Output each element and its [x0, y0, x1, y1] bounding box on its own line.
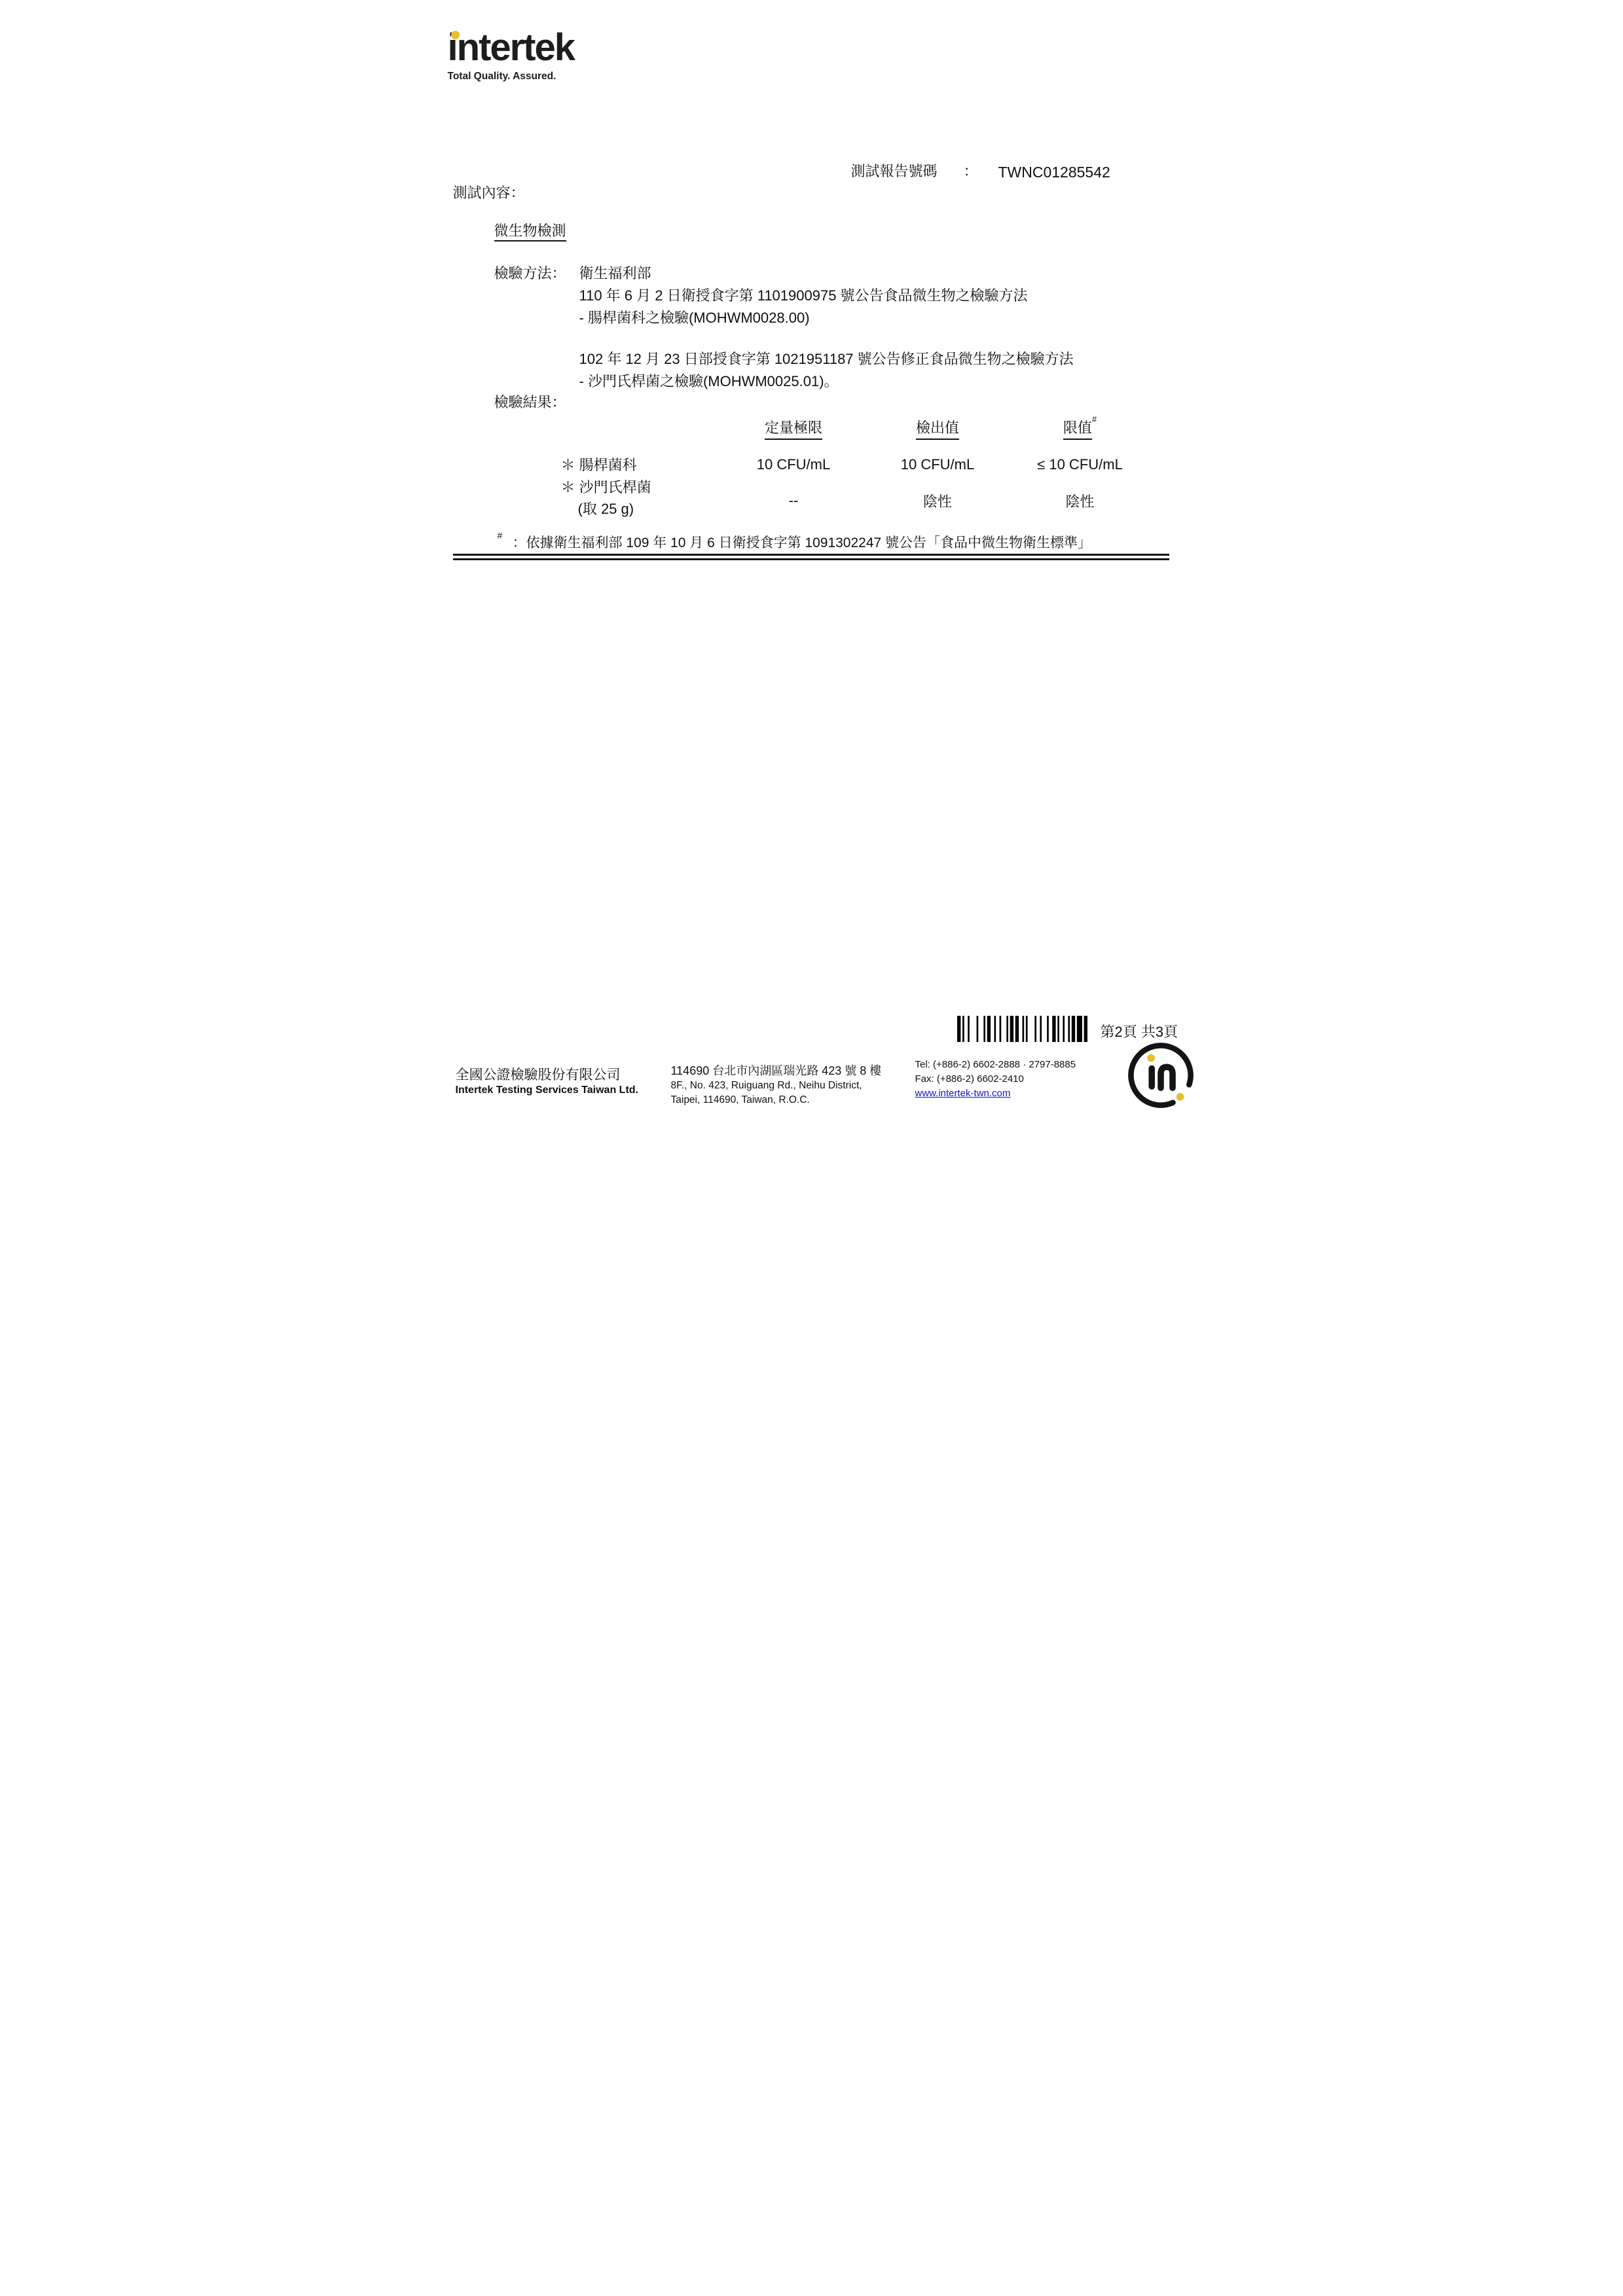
barcode-bars: [957, 1016, 1087, 1042]
table-cell-detected: 10 CFU/mL: [877, 456, 998, 473]
report-page: intertek Total Quality. Assured. 測試報告號碼 …: [406, 0, 1218, 1148]
col-header-detected: 檢出值: [877, 417, 998, 440]
test-category: 微生物檢測: [494, 222, 566, 240]
table-row-item-note: (取 25 g): [578, 500, 634, 518]
footnote-text: ：依據衛生福利部 109 年 10 月 6 日衛授食字第 1091302247 …: [513, 535, 1092, 552]
footer-tel: Tel: (+886-2) 6602-2888 · 2797-8885: [915, 1059, 1076, 1070]
footnote-mark: #: [498, 530, 503, 541]
table-cell-limit: ≤ 10 CFU/mL: [1015, 456, 1146, 473]
table-cell-loq: --: [733, 492, 854, 509]
result-label: 檢驗結果：: [494, 393, 566, 412]
footer-company-zh: 全國公證檢驗股份有限公司: [456, 1064, 621, 1084]
test-content-label: 測試內容：: [453, 184, 525, 202]
method-intro: 衛生福利部: [579, 264, 651, 283]
limit-header-superscript: #: [1092, 414, 1097, 424]
intertek-logo: intertek Total Quality. Assured.: [448, 29, 575, 82]
section-divider-rule: [453, 554, 1169, 560]
report-number-label: 測試報告號碼: [851, 162, 938, 181]
table-cell-loq: 10 CFU/mL: [733, 456, 854, 473]
intertek-wordmark: intertek: [448, 29, 575, 67]
col-header-limit: 限值#: [1015, 417, 1146, 440]
logo-yellow-dot-icon: [451, 31, 460, 39]
footer-website-link[interactable]: www.intertek-twn.com: [915, 1088, 1011, 1099]
footer-address-zh: 114690 台北市內湖區瑞光路 423 號 8 樓: [671, 1062, 882, 1079]
page-indicator: 第2頁 共3頁: [1101, 1023, 1178, 1041]
table-row-item-name: ＊ 腸桿菌科: [561, 456, 637, 475]
method-line-4: - 沙門氏桿菌之檢驗(MOHWM0025.01)。: [579, 372, 839, 391]
table-row-item-name: ＊ 沙門氏桿菌: [561, 478, 651, 497]
table-cell-limit: 陰性: [1015, 491, 1146, 511]
method-line-2: - 腸桿菌科之檢驗(MOHWM0028.00): [579, 309, 810, 327]
logo-tagline: Total Quality. Assured.: [448, 71, 575, 82]
footer-company-en: Intertek Testing Services Taiwan Ltd.: [456, 1085, 638, 1096]
footer-fax: Fax: (+886-2) 6602-2410: [915, 1073, 1024, 1085]
method-line-1: 110 年 6 月 2 日衛授食字第 1101900975 號公告食品微生物之檢…: [579, 287, 1028, 305]
barcode: [957, 1016, 1087, 1042]
method-line-3: 102 年 12 月 23 日部授食字第 1021951187 號公告修正食品微…: [579, 350, 1074, 368]
table-cell-detected: 陰性: [877, 491, 998, 511]
intertek-in-circle-icon: [1126, 1041, 1195, 1110]
method-label: 檢驗方法：: [494, 264, 566, 283]
report-number-separator: ：: [964, 162, 978, 181]
col-header-loq: 定量極限: [733, 417, 854, 440]
report-number-value: TWNC01285542: [998, 163, 1110, 182]
footer-address-en-line2: Taipei, 114690, Taiwan, R.O.C.: [671, 1094, 810, 1106]
test-category-text: 微生物檢測: [494, 223, 566, 242]
footer-address-en-line1: 8F., No. 423, Ruiguang Rd., Neihu Distri…: [671, 1080, 862, 1092]
